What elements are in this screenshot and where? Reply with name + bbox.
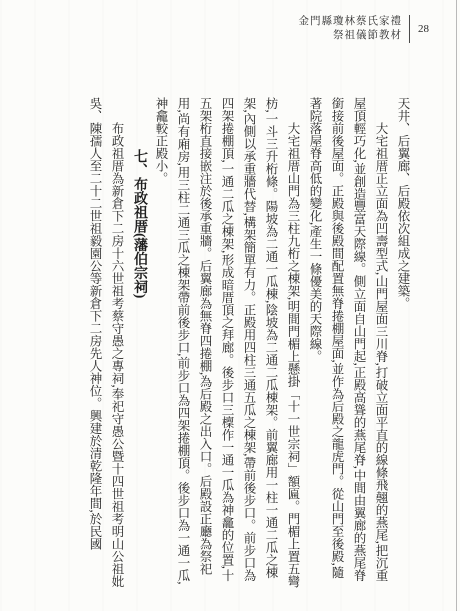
page-number: 28 xyxy=(418,23,429,35)
page-edge-line xyxy=(456,0,457,611)
running-header: 金門縣瓊林蔡氏家禮 祭祖儀節教材 28 xyxy=(299,15,430,43)
book-title: 金門縣瓊林蔡氏家禮 祭祖儀節教材 xyxy=(299,15,403,43)
book-page: 金門縣瓊林蔡氏家禮 祭祖儀節教材 28 天井、后翼廊、后殿依次組成之建築。 大宅… xyxy=(0,0,460,611)
paragraph-facade: 大宅祖厝正立面為凹壽型式,山門屋面三川脊,打破立面平直的線條飛翹的燕尾,把沉重屋… xyxy=(304,97,392,589)
book-title-line1: 金門縣瓊林蔡氏家禮 xyxy=(299,15,403,29)
section-heading: 七、布政祖厝(藩伯宗祠) xyxy=(128,97,150,589)
body-text-block: 天井、后翼廊、后殿依次組成之建築。 大宅祖厝正立面為凹壽型式,山門屋面三川脊,打… xyxy=(84,97,414,589)
paragraph-continuation: 天井、后翼廊、后殿依次組成之建築。 xyxy=(392,97,414,589)
paragraph-structure: 大宅祖厝山門為三柱九桁之棟架,明間門楣上懸掛「十一世宗祠」額匾。門楣上置五彎枋,… xyxy=(150,97,304,589)
book-title-line2: 祭祖儀節教材 xyxy=(333,29,402,43)
paragraph-buzheng-hall: 布政祖厝為新倉下二房十六世祖考蔡守愚之專祠,奉祀守愚公暨十四世祖考明山公祖妣吳、… xyxy=(84,97,128,589)
header-divider xyxy=(409,15,410,43)
